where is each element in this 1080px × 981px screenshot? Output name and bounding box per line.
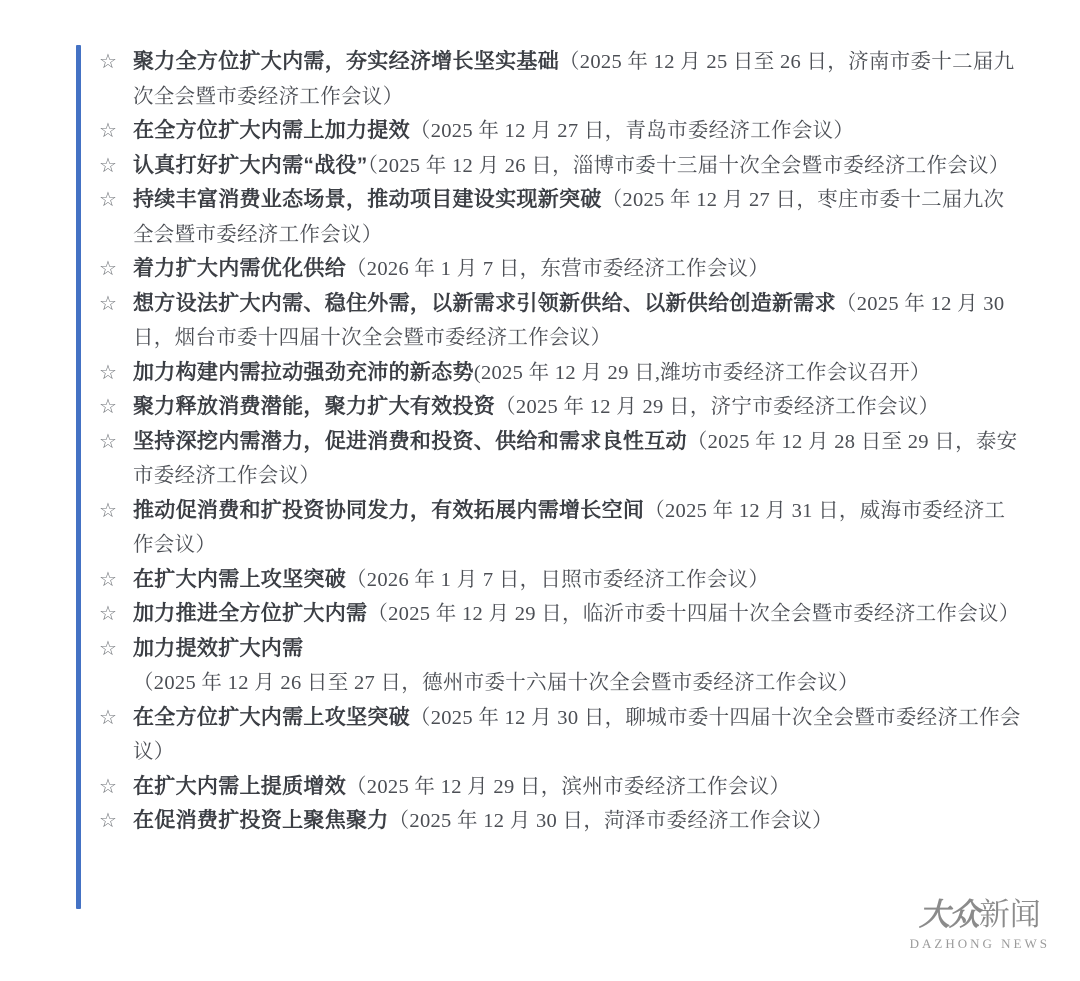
item-text: 在全方位扩大内需上加力提效（2025 年 12 月 27 日，青岛市委经济工作会…: [133, 114, 1021, 149]
star-icon: ☆: [99, 701, 133, 736]
list-item: ☆ 在促消费扩投资上聚焦聚力（2025 年 12 月 30 日，菏泽市委经济工作…: [99, 804, 1021, 839]
item-text: 聚力全方位扩大内需，夯实经济增长坚实基础（2025 年 12 月 25 日至 2…: [133, 45, 1021, 114]
item-headline: 推动促消费和扩投资协同发力，有效拓展内需增长空间: [133, 499, 644, 522]
star-icon: ☆: [99, 597, 133, 632]
item-headline: 在促消费扩投资上聚焦聚力: [133, 809, 389, 832]
star-icon: ☆: [99, 114, 133, 149]
item-text: 认真打好扩大内需“战役”（2025 年 12 月 26 日，淄博市委十三届十次全…: [133, 149, 1021, 184]
star-icon: ☆: [99, 183, 133, 218]
star-icon: ☆: [99, 45, 133, 80]
logo-english-text: DAZHONG NEWS: [910, 936, 1050, 952]
item-text: 加力提效扩大内需（2025 年 12 月 26 日至 27 日，德州市委十六届十…: [133, 632, 1021, 701]
list-item: ☆ 聚力释放消费潜能，聚力扩大有效投资（2025 年 12 月 29 日，济宁市…: [99, 390, 1021, 425]
item-text: 加力推进全方位扩大内需（2025 年 12 月 29 日，临沂市委十四届十次全会…: [133, 597, 1021, 632]
item-headline: 在扩大内需上提质增效: [133, 775, 346, 798]
list-item: ☆ 加力提效扩大内需（2025 年 12 月 26 日至 27 日，德州市委十六…: [99, 632, 1021, 701]
star-icon: ☆: [99, 287, 133, 322]
list-item: ☆ 想方设法扩大内需、稳住外需，以新需求引领新供给、以新供给创造新需求（2025…: [99, 287, 1021, 356]
item-headline: 加力构建内需拉动强劲充沛的新态势: [133, 361, 474, 384]
star-icon: ☆: [99, 632, 133, 667]
item-detail: (2025 年 12 月 29 日,潍坊市委经济工作会议召开）: [474, 362, 931, 384]
item-headline: 着力扩大内需优化供给: [133, 257, 346, 280]
item-detail: （2026 年 1 月 7 日，东营市委经济工作会议）: [346, 258, 769, 280]
star-icon: ☆: [99, 494, 133, 529]
item-headline: 持续丰富消费业态场景，推动项目建设实现新突破: [133, 188, 602, 211]
list-item: ☆ 推动促消费和扩投资协同发力，有效拓展内需增长空间（2025 年 12 月 3…: [99, 494, 1021, 563]
item-headline: 加力推进全方位扩大内需: [133, 602, 367, 625]
star-icon: ☆: [99, 356, 133, 391]
item-headline: 在全方位扩大内需上攻坚突破: [133, 706, 410, 729]
item-text: 加力构建内需拉动强劲充沛的新态势(2025 年 12 月 29 日,潍坊市委经济…: [133, 356, 1021, 391]
item-text: 聚力释放消费潜能，聚力扩大有效投资（2025 年 12 月 29 日，济宁市委经…: [133, 390, 1021, 425]
item-detail: （2025 年 12 月 29 日，滨州市委经济工作会议）: [346, 776, 790, 798]
item-headline: 在扩大内需上攻坚突破: [133, 568, 346, 591]
item-text: 在全方位扩大内需上攻坚突破（2025 年 12 月 30 日，聊城市委十四届十次…: [133, 701, 1021, 770]
item-headline: 在全方位扩大内需上加力提效: [133, 119, 410, 142]
item-headline: 想方设法扩大内需、稳住外需，以新需求引领新供给、以新供给创造新需求: [133, 292, 836, 315]
star-icon: ☆: [99, 149, 133, 184]
star-icon: ☆: [99, 252, 133, 287]
item-text: 在促消费扩投资上聚焦聚力（2025 年 12 月 30 日，菏泽市委经济工作会议…: [133, 804, 1021, 839]
list-item: ☆ 持续丰富消费业态场景，推动项目建设实现新突破（2025 年 12 月 27 …: [99, 183, 1021, 252]
list-item: ☆ 聚力全方位扩大内需，夯实经济增长坚实基础（2025 年 12 月 25 日至…: [99, 45, 1021, 114]
list-item: ☆ 着力扩大内需优化供给（2026 年 1 月 7 日，东营市委经济工作会议）: [99, 252, 1021, 287]
left-accent-bar: [76, 45, 81, 909]
logo-regular-text: 新闻: [979, 897, 1041, 932]
item-text: 着力扩大内需优化供给（2026 年 1 月 7 日，东营市委经济工作会议）: [133, 252, 1021, 287]
list-item: ☆ 在扩大内需上提质增效（2025 年 12 月 29 日，滨州市委经济工作会议…: [99, 770, 1021, 805]
list-item: ☆ 在扩大内需上攻坚突破（2026 年 1 月 7 日，日照市委经济工作会议）: [99, 563, 1021, 598]
list-item: ☆ 在全方位扩大内需上加力提效（2025 年 12 月 27 日，青岛市委经济工…: [99, 114, 1021, 149]
item-headline: 认真打好扩大内需“战役”: [133, 154, 368, 177]
summary-list: ☆ 聚力全方位扩大内需，夯实经济增长坚实基础（2025 年 12 月 25 日至…: [99, 45, 1021, 839]
star-icon: ☆: [99, 425, 133, 460]
list-item: ☆ 坚持深挖内需潜力，促进消费和投资、供给和需求良性互动（2025 年 12 月…: [99, 425, 1021, 494]
item-text: 想方设法扩大内需、稳住外需，以新需求引领新供给、以新供给创造新需求（2025 年…: [133, 287, 1021, 356]
item-detail: （2025 年 12 月 29 日，临沂市委十四届十次全会暨市委经济工作会议）: [367, 603, 1019, 625]
item-detail: （2025 年 12 月 30 日，菏泽市委经济工作会议）: [389, 810, 833, 832]
item-text: 坚持深挖内需潜力，促进消费和投资、供给和需求良性互动（2025 年 12 月 2…: [133, 425, 1021, 494]
logo-chinese-text: 大众新闻: [910, 897, 1050, 933]
star-icon: ☆: [99, 563, 133, 598]
item-headline: 加力提效扩大内需: [133, 637, 303, 660]
item-headline: 坚持深挖内需潜力，促进消费和投资、供给和需求良性互动: [133, 430, 687, 453]
item-headline: 聚力全方位扩大内需，夯实经济增长坚实基础: [133, 50, 559, 73]
list-item: ☆ 加力推进全方位扩大内需（2025 年 12 月 29 日，临沂市委十四届十次…: [99, 597, 1021, 632]
item-detail: （2025 年 12 月 29 日，济宁市委经济工作会议）: [495, 396, 939, 418]
item-detail: （2025 年 12 月 26 日至 27 日，德州市委十六届十次全会暨市委经济…: [133, 672, 859, 694]
item-text: 在扩大内需上攻坚突破（2026 年 1 月 7 日，日照市委经济工作会议）: [133, 563, 1021, 598]
list-item: ☆ 在全方位扩大内需上攻坚突破（2025 年 12 月 30 日，聊城市委十四届…: [99, 701, 1021, 770]
item-text: 持续丰富消费业态场景，推动项目建设实现新突破（2025 年 12 月 27 日，…: [133, 183, 1021, 252]
item-text: 在扩大内需上提质增效（2025 年 12 月 29 日，滨州市委经济工作会议）: [133, 770, 1021, 805]
item-headline: 聚力释放消费潜能，聚力扩大有效投资: [133, 395, 495, 418]
item-detail: （2025 年 12 月 26 日，淄博市委十三届十次全会暨市委经济工作会议）: [368, 155, 1010, 177]
item-text: 推动促消费和扩投资协同发力，有效拓展内需增长空间（2025 年 12 月 31 …: [133, 494, 1021, 563]
star-icon: ☆: [99, 804, 133, 839]
list-item: ☆ 认真打好扩大内需“战役”（2025 年 12 月 26 日，淄博市委十三届十…: [99, 149, 1021, 184]
item-detail: （2026 年 1 月 7 日，日照市委经济工作会议）: [346, 569, 769, 591]
dazhong-news-logo: 大众新闻 DAZHONG NEWS: [910, 897, 1050, 952]
star-icon: ☆: [99, 390, 133, 425]
star-icon: ☆: [99, 770, 133, 805]
list-item: ☆ 加力构建内需拉动强劲充沛的新态势(2025 年 12 月 29 日,潍坊市委…: [99, 356, 1021, 391]
item-detail: （2025 年 12 月 27 日，青岛市委经济工作会议）: [410, 120, 854, 142]
logo-calligraphy-text: 大众: [919, 897, 979, 932]
